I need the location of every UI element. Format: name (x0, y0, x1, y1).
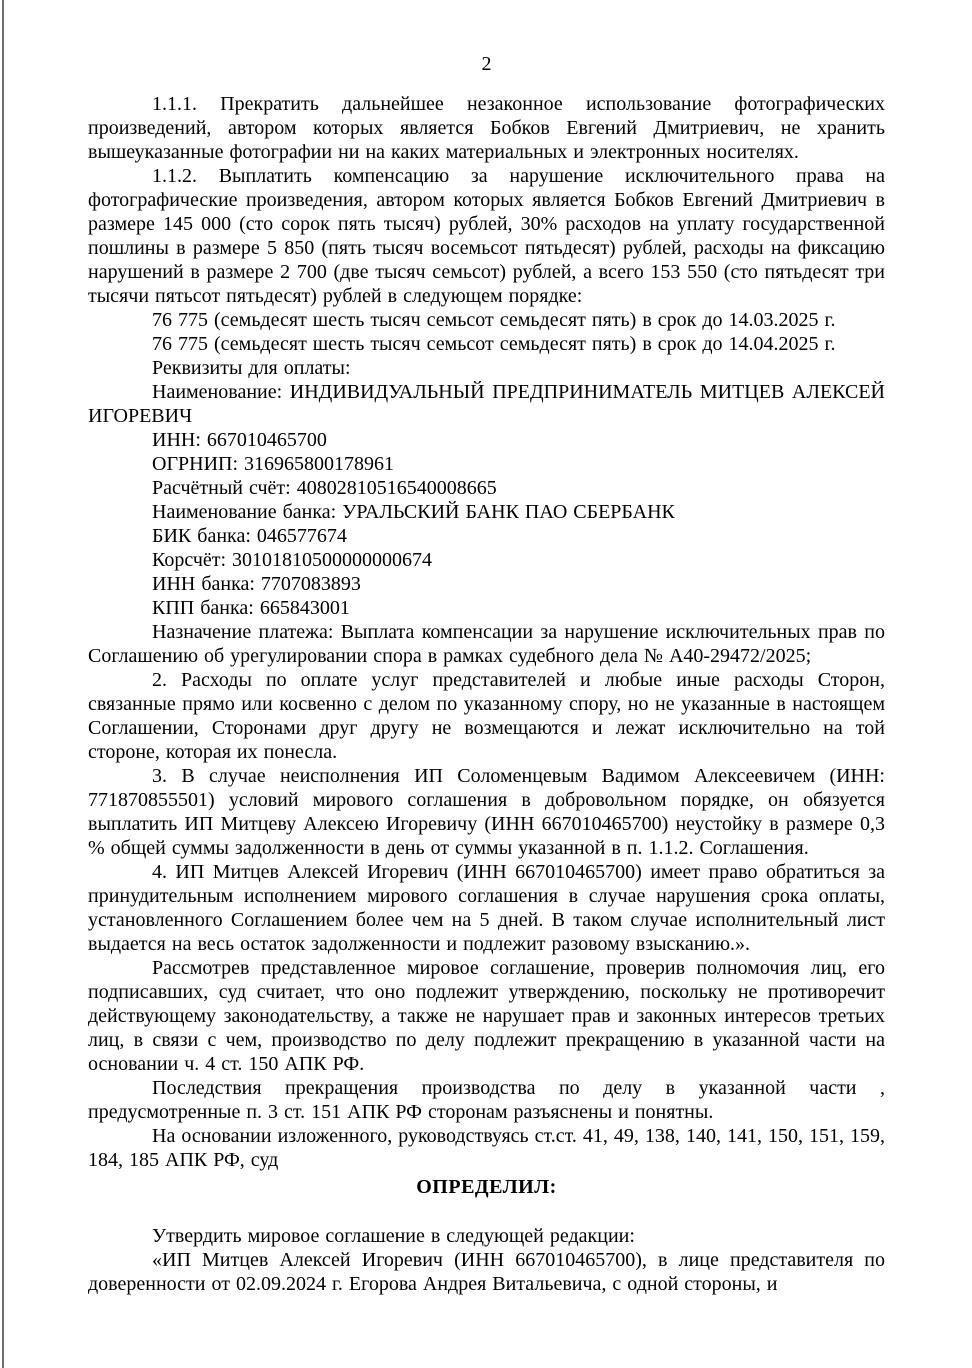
clause-4: 4. ИП Митцев Алексей Игоревич (ИНН 66701… (88, 860, 885, 956)
payee-inn: ИНН: 667010465700 (88, 428, 885, 452)
page-left-border-line (2, 0, 4, 1368)
document-content: 2 1.1.1. Прекратить дальнейшее незаконно… (88, 0, 885, 1296)
bank-inn: ИНН банка: 7707083893 (88, 572, 885, 596)
bank-corr-account: Корсчёт: 30101810500000000674 (88, 548, 885, 572)
settlement-parties: «ИП Митцев Алексей Игоревич (ИНН 6670104… (88, 1248, 885, 1296)
court-assessment: Рассмотрев представленное мировое соглаш… (88, 956, 885, 1076)
clause-2: 2. Расходы по оплате услуг представителе… (88, 668, 885, 764)
page-number: 2 (88, 52, 885, 76)
payee-name: Наименование: ИНДИВИДУАЛЬНЫЙ ПРЕДПРИНИМА… (88, 380, 885, 428)
bank-name: Наименование банка: УРАЛЬСКИЙ БАНК ПАО С… (88, 500, 885, 524)
clause-1-1-2: 1.1.2. Выплатить компенсацию за нарушени… (88, 164, 885, 308)
payment-installment-2: 76 775 (семьдесят шесть тысяч семьсот се… (88, 332, 885, 356)
payment-installment-1: 76 775 (семьдесят шесть тысяч семьсот се… (88, 308, 885, 332)
payment-purpose: Назначение платежа: Выплата компенсации … (88, 620, 885, 668)
approve-settlement: Утвердить мировое соглашение в следующей… (88, 1224, 885, 1248)
bank-kpp: КПП банка: 665843001 (88, 596, 885, 620)
payee-ogrnip: ОГРНИП: 316965800178961 (88, 452, 885, 476)
termination-consequences: Последствия прекращения производства по … (88, 1076, 885, 1124)
document-page: 2 1.1.1. Прекратить дальнейшее незаконно… (0, 0, 972, 1368)
payee-account: Расчётный счёт: 40802810516540008665 (88, 476, 885, 500)
payment-requisites-label: Реквизиты для оплаты: (88, 356, 885, 380)
clause-3: 3. В случае неисполнения ИП Соломенцевым… (88, 764, 885, 860)
bank-bik: БИК банка: 046577674 (88, 524, 885, 548)
ruling-heading: ОПРЕДЕЛИЛ: (88, 1175, 885, 1199)
legal-basis: На основании изложенного, руководствуясь… (88, 1124, 885, 1172)
clause-1-1-1: 1.1.1. Прекратить дальнейшее незаконное … (88, 92, 885, 164)
